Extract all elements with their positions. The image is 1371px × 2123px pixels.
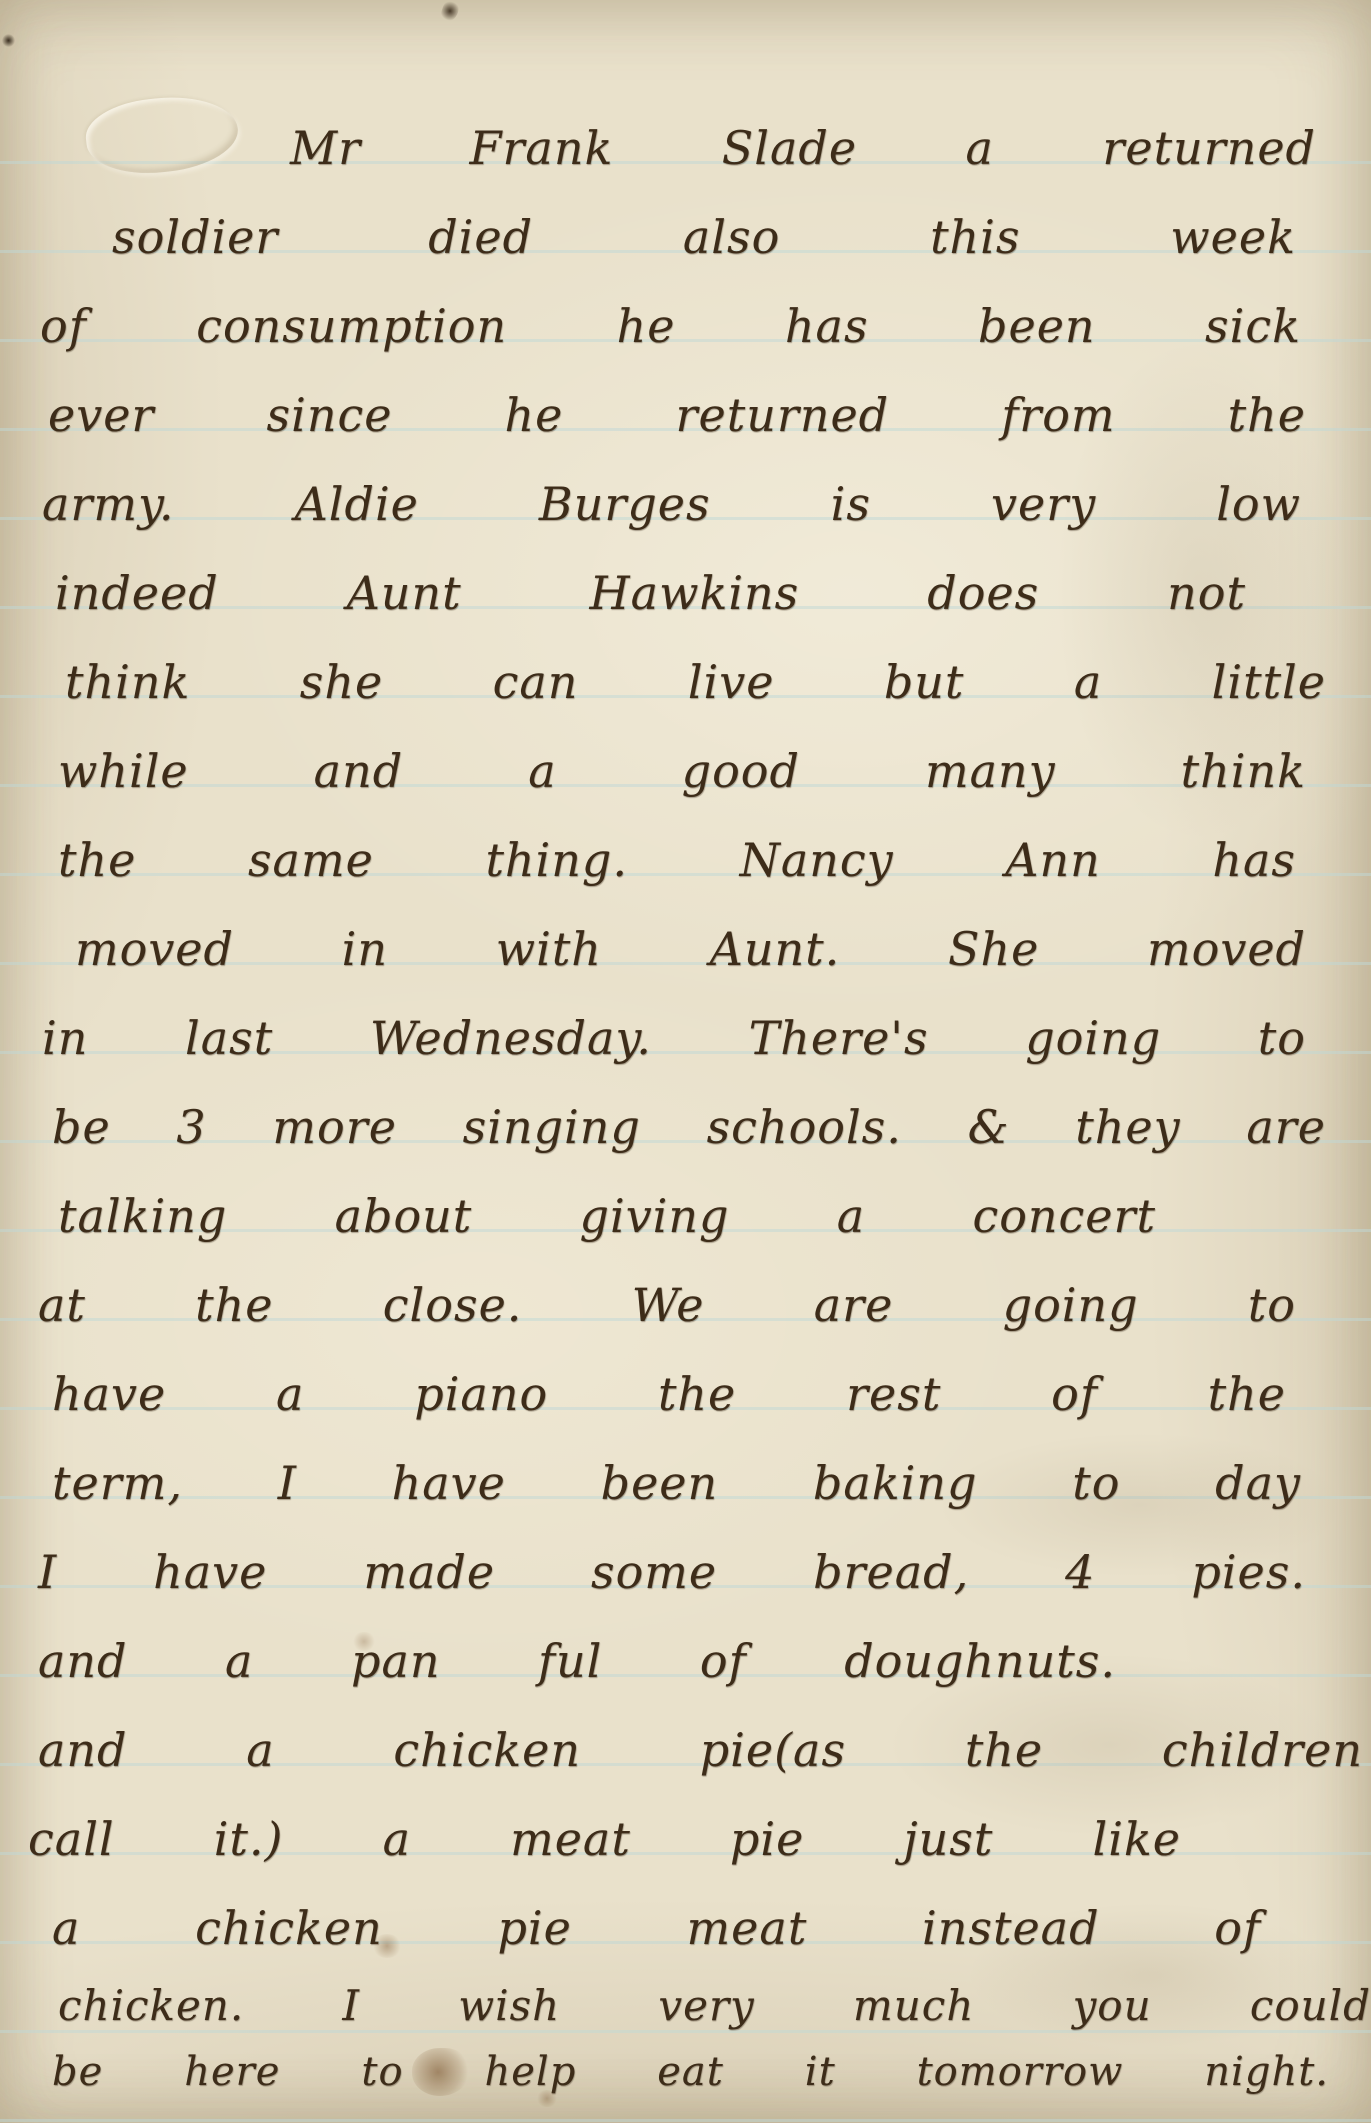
letter-line: call it.) a meat pie just like: [0, 1795, 1371, 1884]
letter-line: of consumption he has been sick: [0, 282, 1371, 371]
letter-line: at the close. We are going to: [0, 1261, 1371, 1350]
letter-line: in last Wednesday. There's going to: [0, 994, 1371, 1083]
letter-line: the same thing. Nancy Ann has: [0, 816, 1371, 905]
paper-speck: [2, 34, 15, 47]
paper-speck: [439, 0, 461, 24]
letter-line: term, I have been baking to day: [0, 1439, 1371, 1528]
letter-line: moved in with Aunt. She moved: [0, 905, 1371, 994]
letter-line: and a pan ful of doughnuts.: [0, 1617, 1371, 1706]
letter-line: indeed Aunt Hawkins does not: [0, 549, 1371, 638]
letter-body: Mr Frank Slade a returned soldier died a…: [0, 104, 1371, 2105]
letter-line: I have made some bread, 4 pies.: [0, 1528, 1371, 1617]
letter-line: a chicken pie meat instead of: [0, 1884, 1371, 1973]
letter-line: be here to help eat it tomorrow night.: [0, 2039, 1371, 2105]
letter-line: Mr Frank Slade a returned: [0, 104, 1371, 193]
letter-line: have a piano the rest of the: [0, 1350, 1371, 1439]
letter-line: while and a good many think: [0, 727, 1371, 816]
letter-page: Mr Frank Slade a returned soldier died a…: [0, 0, 1371, 2123]
letter-line: chicken. I wish very much you could: [0, 1973, 1371, 2039]
letter-line: think she can live but a little: [0, 638, 1371, 727]
letter-line: be 3 more singing schools. & they are: [0, 1083, 1371, 1172]
letter-line: ever since he returned from the: [0, 371, 1371, 460]
letter-line: and a chicken pie(as the children: [0, 1706, 1371, 1795]
letter-line: talking about giving a concert: [0, 1172, 1371, 1261]
letter-line: soldier died also this week: [0, 193, 1371, 282]
letter-line: army. Aldie Burges is very low: [0, 460, 1371, 549]
